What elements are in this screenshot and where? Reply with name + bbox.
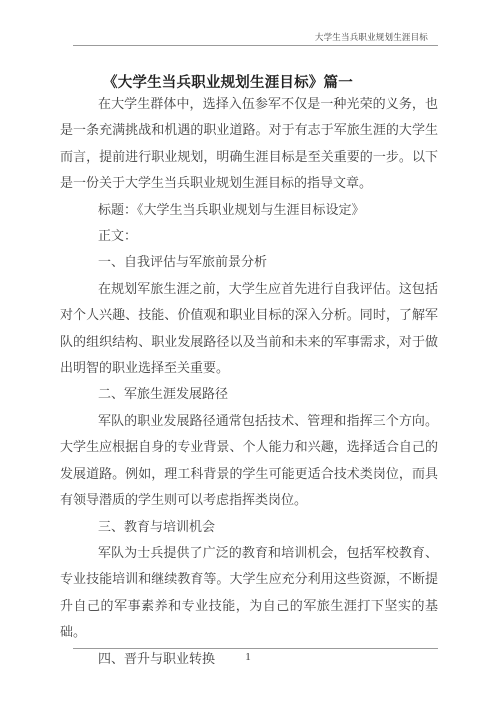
document-page: 大学生当兵职业规划生涯目标 《大学生当兵职业规划生涯目标》篇一 在大学生群体中，… [0, 0, 500, 707]
page-header-running-title: 大学生当兵职业规划生涯目标 [315, 31, 428, 43]
paragraph-intro: 在大学生群体中，选择入伍参军不仅是一种光荣的义务，也是一条充满挑战和机遇的职业道… [60, 91, 438, 197]
footer-divider [73, 648, 438, 649]
header-divider [73, 45, 438, 46]
section-body-1: 在规划军旅生涯之前，大学生应首先进行自我评估。这包括对个人兴趣、技能、价值观和职… [60, 276, 438, 382]
section-heading-1: 一、自我评估与军旅前景分析 [60, 249, 438, 275]
section-heading-3: 三、教育与培训机会 [60, 514, 438, 540]
document-body: 在大学生群体中，选择入伍参军不仅是一种光荣的义务，也是一条充满挑战和机遇的职业道… [60, 91, 438, 672]
section-heading-2: 二、军旅生涯发展路径 [60, 381, 438, 407]
section-body-3: 军队为士兵提供了广泛的教育和培训机会，包括军校教育、专业技能培训和继续教育等。大… [60, 540, 438, 646]
paragraph-body-label: 正文： [60, 223, 438, 249]
document-title: 《大学生当兵职业规划生涯目标》篇一 [103, 71, 353, 92]
paragraph-doc-title-line: 标题：《大学生当兵职业规划与生涯目标设定》 [60, 197, 438, 223]
page-number: 1 [0, 651, 496, 663]
section-body-2: 军队的职业发展路径通常包括技术、管理和指挥三个方向。大学生应根据自身的专业背景、… [60, 408, 438, 514]
